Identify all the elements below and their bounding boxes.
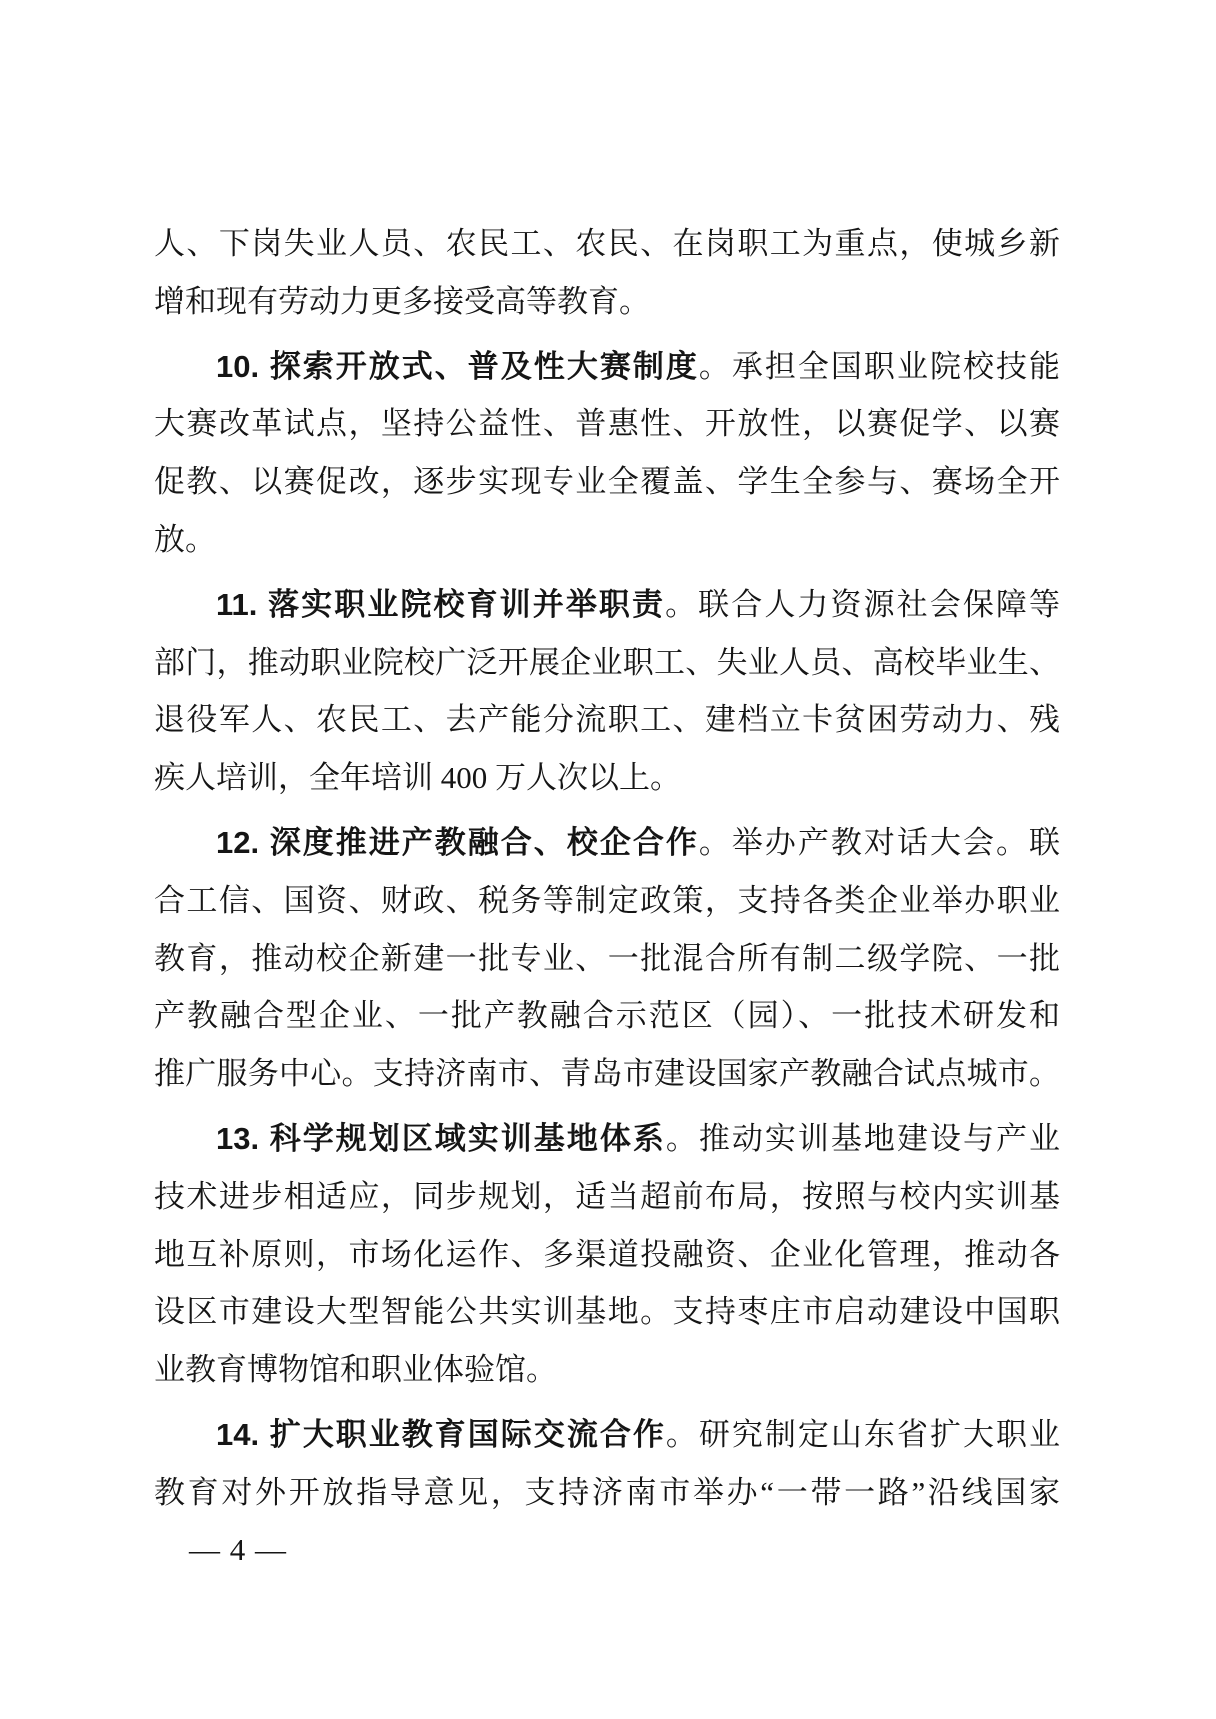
- text-line: 11. 落实职业院校育训并举职责。联合人力资源社会保障等: [154, 576, 1060, 634]
- paragraph-text: 。推动实训基地建设与产业: [666, 1121, 1060, 1156]
- text-line: 技术进步相适应，同步规划，适当超前布局，按照与校内实训基: [154, 1168, 1060, 1226]
- paragraph-text: 。举办产教对话大会。联: [699, 825, 1060, 860]
- text-line: 大赛改革试点，坚持公益性、普惠性、开放性，以赛促学、以赛: [154, 395, 1060, 453]
- paragraph-heading: 13. 科学规划区域实训基地体系: [216, 1121, 666, 1156]
- paragraph-heading: 11. 落实职业院校育训并举职责: [216, 587, 665, 622]
- paragraph-text: 。联合人力资源社会保障等: [665, 587, 1060, 622]
- text-line: 产教融合型企业、一批产教融合示范区（园）、一批技术研发和: [154, 987, 1060, 1045]
- text-line: 退役军人、农民工、去产能分流职工、建档立卡贫困劳动力、残: [154, 691, 1060, 749]
- paragraph-text: 技术进步相适应，同步规划，适当超前布局，按照与校内实训基: [154, 1179, 1060, 1214]
- text-line: 12. 深度推进产教融合、校企合作。举办产教对话大会。联: [154, 814, 1060, 872]
- paragraph-text: 地互补原则，市场化运作、多渠道投融资、企业化管理，推动各: [154, 1237, 1060, 1272]
- text-line: 人、下岗失业人员、农民工、农民、在岗职工为重点，使城乡新: [154, 215, 1060, 273]
- paragraph-text: 推广服务中心。支持济南市、青岛市建设国家产教融合试点城市。: [154, 1056, 1060, 1091]
- text-line: 13. 科学规划区域实训基地体系。推动实训基地建设与产业: [154, 1110, 1060, 1168]
- paragraph-item-12: 12. 深度推进产教融合、校企合作。举办产教对话大会。联合工信、国资、财政、税务…: [154, 814, 1060, 1103]
- paragraph-item-14: 14. 扩大职业教育国际交流合作。研究制定山东省扩大职业教育对外开放指导意见，支…: [154, 1406, 1060, 1522]
- text-line: 放。: [154, 511, 1060, 569]
- paragraph-item-11: 11. 落实职业院校育训并举职责。联合人力资源社会保障等部门，推动职业院校广泛开…: [154, 576, 1060, 807]
- paragraph-text: 疾人培训，全年培训 400 万人次以上。: [154, 760, 681, 795]
- page-footer: — 4 —: [189, 1528, 287, 1572]
- text-line: 业教育博物馆和职业体验馆。: [154, 1341, 1060, 1399]
- text-line: 教育，推动校企新建一批专业、一批混合所有制二级学院、一批: [154, 930, 1060, 988]
- document-page: 人、下岗失业人员、农民工、农民、在岗职工为重点，使城乡新增和现有劳动力更多接受高…: [0, 0, 1216, 1719]
- text-line: 14. 扩大职业教育国际交流合作。研究制定山东省扩大职业: [154, 1406, 1060, 1464]
- paragraph-text: 。承担全国职业院校技能: [699, 349, 1060, 384]
- text-line: 设区市建设大型智能公共实训基地。支持枣庄市启动建设中国职: [154, 1283, 1060, 1341]
- text-line: 促教、以赛促改，逐步实现专业全覆盖、学生全参与、赛场全开: [154, 453, 1060, 511]
- document-body: 人、下岗失业人员、农民工、农民、在岗职工为重点，使城乡新增和现有劳动力更多接受高…: [154, 215, 1060, 1522]
- paragraph-continuation: 人、下岗失业人员、农民工、农民、在岗职工为重点，使城乡新增和现有劳动力更多接受高…: [154, 215, 1060, 331]
- paragraph-text: 产教融合型企业、一批产教融合示范区（园）、一批技术研发和: [154, 998, 1060, 1033]
- paragraph-item-10: 10. 探索开放式、普及性大赛制度。承担全国职业院校技能大赛改革试点，坚持公益性…: [154, 338, 1060, 569]
- paragraph-text: 合工信、国资、财政、税务等制定政策，支持各类企业举办职业: [154, 883, 1060, 918]
- text-line: 部门，推动职业院校广泛开展企业职工、失业人员、高校毕业生、: [154, 634, 1060, 692]
- text-line: 10. 探索开放式、普及性大赛制度。承担全国职业院校技能: [154, 338, 1060, 396]
- paragraph-text: 业教育博物馆和职业体验馆。: [154, 1352, 557, 1387]
- paragraph-heading: 12. 深度推进产教融合、校企合作: [216, 825, 699, 860]
- text-line: 地互补原则，市场化运作、多渠道投融资、企业化管理，推动各: [154, 1226, 1060, 1284]
- text-line: 教育对外开放指导意见，支持济南市举办“一带一路”沿线国家: [154, 1464, 1060, 1522]
- paragraph-text: 放。: [154, 522, 216, 557]
- paragraph-text: 教育对外开放指导意见，支持济南市举办“一带一路”沿线国家: [154, 1475, 1060, 1510]
- paragraph-text: 。研究制定山东省扩大职业: [666, 1417, 1060, 1452]
- paragraph-heading: 14. 扩大职业教育国际交流合作: [216, 1417, 666, 1452]
- text-line: 增和现有劳动力更多接受高等教育。: [154, 273, 1060, 331]
- paragraph-text: 设区市建设大型智能公共实训基地。支持枣庄市启动建设中国职: [154, 1294, 1060, 1329]
- paragraph-text: 增和现有劳动力更多接受高等教育。: [154, 284, 650, 319]
- text-line: 合工信、国资、财政、税务等制定政策，支持各类企业举办职业: [154, 872, 1060, 930]
- paragraph-heading: 10. 探索开放式、普及性大赛制度: [216, 349, 699, 384]
- text-line: 疾人培训，全年培训 400 万人次以上。: [154, 749, 1060, 807]
- page-number: — 4 —: [189, 1532, 287, 1567]
- paragraph-text: 部门，推动职业院校广泛开展企业职工、失业人员、高校毕业生、: [154, 645, 1060, 680]
- paragraph-item-13: 13. 科学规划区域实训基地体系。推动实训基地建设与产业技术进步相适应，同步规划…: [154, 1110, 1060, 1399]
- paragraph-text: 大赛改革试点，坚持公益性、普惠性、开放性，以赛促学、以赛: [154, 406, 1060, 441]
- paragraph-text: 人、下岗失业人员、农民工、农民、在岗职工为重点，使城乡新: [154, 226, 1060, 261]
- paragraph-text: 退役军人、农民工、去产能分流职工、建档立卡贫困劳动力、残: [154, 702, 1060, 737]
- paragraph-text: 促教、以赛促改，逐步实现专业全覆盖、学生全参与、赛场全开: [154, 464, 1060, 499]
- text-line: 推广服务中心。支持济南市、青岛市建设国家产教融合试点城市。: [154, 1045, 1060, 1103]
- paragraph-text: 教育，推动校企新建一批专业、一批混合所有制二级学院、一批: [154, 941, 1060, 976]
